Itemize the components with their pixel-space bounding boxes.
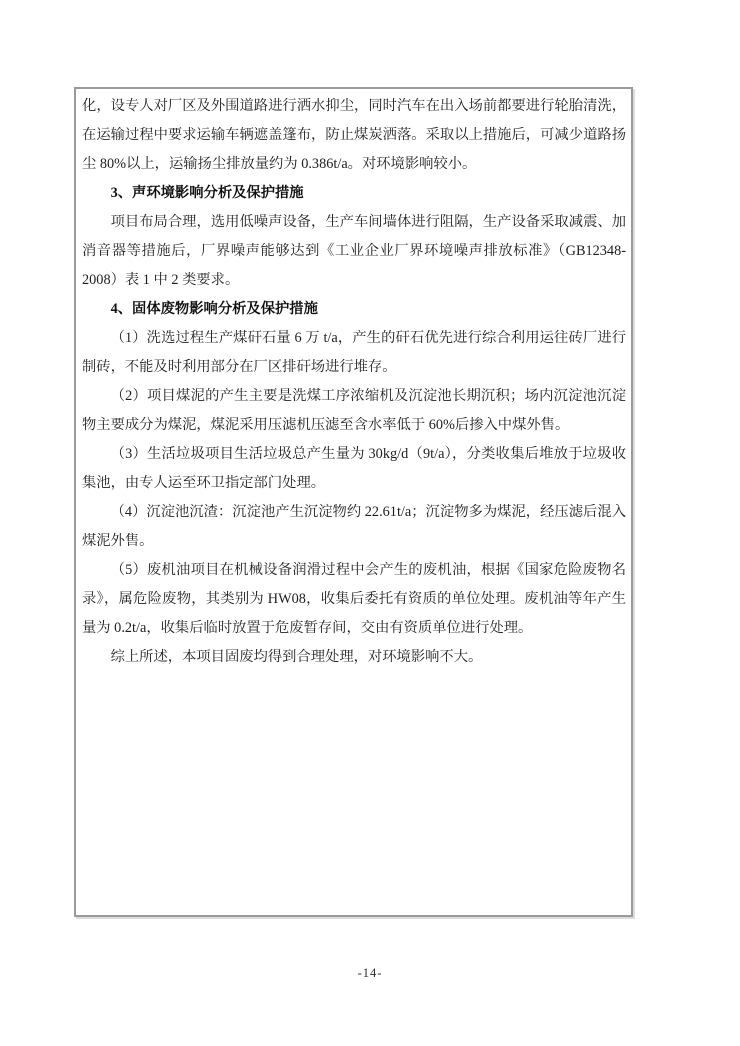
page-number: -14- xyxy=(0,966,740,981)
paragraph-domestic-garbage: （3）生活垃圾项目生活垃圾总产生量为 30kg/d（9t/a），分类收集后堆放于… xyxy=(82,440,626,498)
paragraph-sediment-residue: （4）沉淀池沉渣：沉淀池产生沉淀物约 22.61t/a；沉淀物多为煤泥，经压滤后… xyxy=(82,498,626,556)
report-table-cell: 化，设专人对厂区及外围道路进行洒水抑尘，同时汽车在出入场前都要进行轮胎清洗，在运… xyxy=(74,87,633,917)
paragraph-coal-slime: （2）项目煤泥的产生主要是洗煤工序浓缩机及沉淀池长期沉积；场内沉淀池沉淀物主要成… xyxy=(82,382,626,440)
section-heading-noise-impact: 3、声环境影响分析及保护措施 xyxy=(82,179,626,208)
paragraph-dust-measures-continued: 化，设专人对厂区及外围道路进行洒水抑尘，同时汽车在出入场前都要进行轮胎清洗，在运… xyxy=(82,92,626,179)
paragraph-coal-gangue: （1）洗选过程生产煤矸石量 6 万 t/a，产生的矸石优先进行综合利用运往砖厂进… xyxy=(82,324,626,382)
paragraph-conclusion: 综上所述，本项目固废均得到合理处理，对环境影响不大。 xyxy=(82,643,626,672)
paragraph-noise-measures: 项目布局合理，选用低噪声设备，生产车间墙体进行阻隔，生产设备采取减震、加消音器等… xyxy=(82,208,626,295)
paragraph-waste-oil: （5）废机油项目在机械设备润滑过程中会产生的废机油，根据《国家危险废物名录》，属… xyxy=(82,556,626,643)
document-page: 化，设专人对厂区及外围道路进行洒水抑尘，同时汽车在出入场前都要进行轮胎清洗，在运… xyxy=(0,0,740,1046)
section-heading-solid-waste: 4、固体废物影响分析及保护措施 xyxy=(82,295,626,324)
